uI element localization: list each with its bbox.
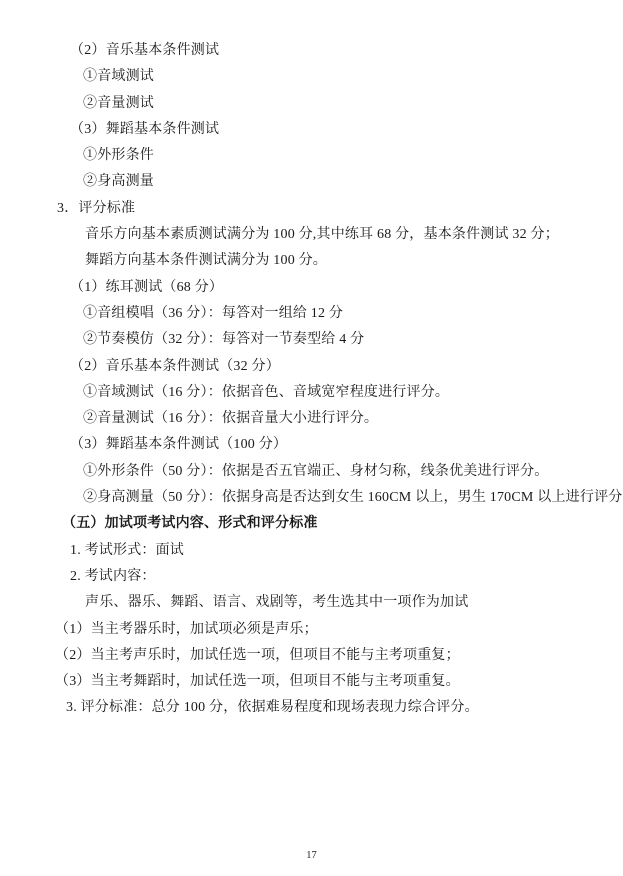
paragraph: （3）舞蹈基本条件测试（100 分） xyxy=(55,432,609,458)
paragraph: ①外形条件（50 分）：依据是否五官端正、身材匀称，线条优美进行评分。 xyxy=(55,459,609,485)
paragraph: ②音量测试 xyxy=(55,91,609,117)
paragraph: 1. 考试形式：面试 xyxy=(55,538,609,564)
paragraph: ②节奏模仿（32 分）：每答对一节奏型给 4 分 xyxy=(55,327,609,353)
paragraph: ①音域测试 xyxy=(55,64,609,90)
paragraph: （3）舞蹈基本条件测试 xyxy=(55,117,609,143)
paragraph: ①音组模唱（36 分）：每答对一组给 12 分 xyxy=(55,301,609,327)
paragraph: （1）当主考器乐时，加试项必须是声乐； xyxy=(55,617,609,643)
paragraph: ②身高测量 xyxy=(55,169,609,195)
paragraph: 舞蹈方向基本条件测试满分为 100 分。 xyxy=(55,248,609,274)
document-page: （2）音乐基本条件测试①音域测试②音量测试（3）舞蹈基本条件测试①外形条件②身高… xyxy=(0,0,623,876)
paragraph: （1）练耳测试（68 分） xyxy=(55,275,609,301)
paragraph: ①音域测试（16 分）：依据音色、音域宽窄程度进行评分。 xyxy=(55,380,609,406)
paragraph: 3．评分标准 xyxy=(55,196,609,222)
section-heading: （五）加试项考试内容、形式和评分标准 xyxy=(55,511,609,537)
paragraph: 声乐、器乐、舞蹈、语言、戏剧等，考生选其中一项作为加试 xyxy=(55,590,609,616)
paragraph: （2）音乐基本条件测试 xyxy=(55,38,609,64)
paragraph: ①外形条件 xyxy=(55,143,609,169)
paragraph: （3）当主考舞蹈时，加试任选一项，但项目不能与主考项重复。 xyxy=(55,669,609,695)
paragraph: （2）音乐基本条件测试（32 分） xyxy=(55,354,609,380)
page-number: 17 xyxy=(0,850,623,861)
paragraph: ②身高测量（50 分）：依据身高是否达到女生 160CM 以上，男生 170CM… xyxy=(55,485,609,511)
paragraph: ②音量测试（16 分）：依据音量大小进行评分。 xyxy=(55,406,609,432)
paragraph: 音乐方向基本素质测试满分为 100 分,其中练耳 68 分，基本条件测试 32 … xyxy=(55,222,609,248)
paragraph-list: （2）音乐基本条件测试①音域测试②音量测试（3）舞蹈基本条件测试①外形条件②身高… xyxy=(55,38,609,722)
paragraph: （2）当主考声乐时，加试任选一项，但项目不能与主考项重复； xyxy=(55,643,609,669)
paragraph: 2. 考试内容： xyxy=(55,564,609,590)
paragraph: 3. 评分标准：总分 100 分，依据难易程度和现场表现力综合评分。 xyxy=(55,695,609,721)
